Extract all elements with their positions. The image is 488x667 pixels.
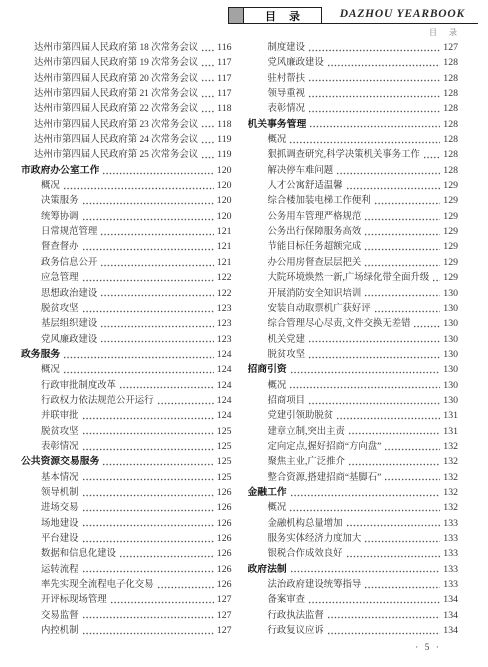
entry-page-number: 130 [443, 316, 458, 331]
entry-page-number: 131 [443, 424, 458, 439]
entry-page-number: 123 [217, 332, 232, 347]
toc-entry-row: 开评标现场管理127 [21, 592, 232, 607]
entry-page-number: 120 [217, 163, 232, 178]
dot-leader [201, 132, 214, 147]
entry-title: 平台建设 [21, 532, 79, 547]
dot-leader [289, 500, 440, 515]
entry-page-number: 128 [443, 163, 458, 178]
entry-title: 达州市第四届人民政府第 25 次常务会议 [21, 148, 198, 163]
entry-page-number: 126 [217, 577, 232, 592]
entry-title: 达州市第四届人民政府第 21 次常务会议 [21, 87, 198, 102]
entry-page-number: 127 [217, 623, 232, 638]
entry-page-number: 126 [217, 485, 232, 500]
entry-page-number: 132 [443, 439, 458, 454]
dot-leader [201, 71, 214, 86]
toc-entry-row: 达州市第四届人民政府第 25 次常务会议119 [21, 147, 232, 162]
dot-leader [384, 439, 440, 454]
entry-title: 督查督办 [21, 240, 79, 255]
toc-header-label: 目 录 [244, 8, 321, 23]
dot-leader [157, 577, 214, 592]
dot-leader [102, 163, 213, 178]
entry-page-number: 120 [217, 178, 232, 193]
toc-entry-row: 行政权力依法规范公开运行124 [21, 393, 232, 408]
entry-page-number: 133 [443, 546, 458, 561]
dot-leader [346, 546, 441, 561]
dot-leader [364, 577, 440, 592]
toc-entry-row: 进场交易126 [21, 500, 232, 515]
entry-title: 概况 [248, 501, 287, 516]
entry-title: 市政府办公室工作 [21, 163, 99, 178]
toc-entry-row: 办公用房督查层层把关129 [248, 255, 459, 270]
dot-leader [82, 424, 214, 439]
toc-entry-row: 思想政治建设122 [21, 286, 232, 301]
dot-leader [290, 485, 441, 500]
toc-section-row: 招商引资130 [248, 362, 459, 377]
entry-title: 脱贫攻坚 [248, 348, 306, 363]
dot-leader [82, 209, 214, 224]
entry-page-number: 129 [443, 270, 458, 285]
toc-section-row: 机关事务管理128 [248, 117, 459, 132]
entry-page-number: 116 [217, 40, 231, 55]
toc-entry-row: 脱贫攻坚130 [248, 347, 459, 362]
toc-entry-row: 党风廉政建设123 [21, 332, 232, 347]
dot-leader [63, 178, 214, 193]
entry-title: 聚焦主业,广泛推介 [248, 455, 345, 470]
header-gray-square [229, 8, 244, 23]
dot-leader [82, 623, 214, 638]
entry-page-number: 132 [443, 454, 458, 469]
toc-entry-row: 领导机制126 [21, 485, 232, 500]
dot-leader [290, 562, 441, 577]
entry-title: 领导机制 [21, 486, 79, 501]
entry-page-number: 126 [217, 516, 232, 531]
dot-leader [119, 546, 214, 561]
entry-page-number: 132 [443, 485, 458, 500]
toc-entry-row: 决策服务120 [21, 193, 232, 208]
entry-page-number: 129 [443, 255, 458, 270]
entry-page-number: 132 [443, 500, 458, 515]
toc-entry-row: 平台建设126 [21, 531, 232, 546]
toc-entry-row: 运转流程126 [21, 562, 232, 577]
entry-title: 行政执法监督 [248, 609, 324, 624]
entry-page-number: 129 [443, 209, 458, 224]
entry-title: 表彰情况 [248, 102, 306, 117]
dot-leader [82, 239, 214, 254]
entry-page-number: 117 [217, 55, 231, 70]
entry-title: 综合楼加装电梯工作便利 [248, 194, 371, 209]
dot-leader [289, 378, 440, 393]
entry-title: 招商项目 [248, 394, 306, 409]
dot-leader [309, 117, 440, 132]
entry-title: 政府法制 [248, 562, 287, 577]
toc-entry-row: 大院环境焕然一新,广场绿化带全面升级129 [248, 270, 459, 285]
dot-leader [100, 224, 214, 239]
toc-entry-row: 达州市第四届人民政府第 19 次常务会议117 [21, 55, 232, 70]
entry-title: 党风廉政建设 [21, 333, 97, 348]
entry-title: 行政复议应诉 [248, 624, 324, 639]
toc-entry-row: 银税合作成效良好133 [248, 546, 459, 561]
entry-page-number: 121 [217, 239, 232, 254]
toc-entry-row: 党风廉政建设128 [248, 55, 459, 70]
toc-entry-row: 率先实现全流程电子化交易126 [21, 577, 232, 592]
entry-page-number: 120 [217, 193, 232, 208]
toc-entry-row: 服务实体经济力度加大133 [248, 531, 459, 546]
dot-leader [82, 531, 214, 546]
entry-page-number: 121 [217, 255, 232, 270]
toc-entry-row: 日常规范管理121 [21, 224, 232, 239]
toc-entry-row: 公务用车管理严格规范129 [248, 209, 459, 224]
toc-entry-row: 基层组织建设123 [21, 316, 232, 331]
toc-entry-row: 应急管理122 [21, 270, 232, 285]
entry-page-number: 132 [443, 470, 458, 485]
dot-leader [308, 347, 440, 362]
dot-leader [308, 71, 440, 86]
toc-entry-row: 政务信息公开121 [21, 255, 232, 270]
dot-leader [201, 86, 214, 101]
entry-page-number: 124 [217, 378, 232, 393]
toc-entry-row: 法治政府建设统筹指导133 [248, 577, 459, 592]
toc-entry-row: 概况124 [21, 362, 232, 377]
entry-title: 政务服务 [21, 347, 60, 362]
entry-title: 开展消防安全知识培训 [248, 287, 362, 302]
toc-entry-row: 基本情况125 [21, 470, 232, 485]
entry-page-number: 129 [443, 178, 458, 193]
entry-title: 党风廉政建设 [248, 56, 324, 71]
entry-page-number: 127 [217, 592, 232, 607]
dot-leader [327, 623, 441, 638]
dot-leader [119, 378, 214, 393]
toc-entry-row: 交易监督127 [21, 608, 232, 623]
toc-entry-row: 概况120 [21, 178, 232, 193]
dot-leader [82, 516, 214, 531]
dot-leader [374, 301, 441, 316]
dot-leader [374, 193, 441, 208]
entry-title: 人才公寓舒适温馨 [248, 179, 343, 194]
dot-leader [201, 117, 214, 132]
toc-section-row: 金融工作132 [248, 485, 459, 500]
toc-entry-row: 行政复议应诉134 [248, 623, 459, 638]
toc-entry-row: 开展消防安全知识培训130 [248, 286, 459, 301]
dot-leader [100, 255, 214, 270]
toc-section-row: 公共资源交易服务125 [21, 454, 232, 469]
entry-title: 基层组织建设 [21, 317, 97, 332]
entry-page-number: 124 [217, 393, 232, 408]
dot-leader [201, 55, 214, 70]
dot-leader [290, 362, 441, 377]
dot-leader [100, 286, 214, 301]
entry-page-number: 119 [217, 147, 231, 162]
dot-leader [364, 209, 440, 224]
toc-entry-row: 备案审查134 [248, 592, 459, 607]
entry-title: 公共资源交易服务 [21, 454, 99, 469]
entry-title: 并联审批 [21, 409, 79, 424]
entry-page-number: 128 [443, 86, 458, 101]
entry-title: 概况 [248, 379, 287, 394]
toc-entry-row: 行政审批制度改革124 [21, 378, 232, 393]
entry-title: 行政审批制度改革 [21, 379, 116, 394]
entry-title: 场地建设 [21, 517, 79, 532]
toc-entry-row: 狠抓调查研究,科学决策机关事务工作128 [248, 147, 459, 162]
entry-page-number: 125 [217, 439, 232, 454]
entry-title: 驻村帮扶 [248, 72, 306, 87]
entry-page-number: 124 [217, 362, 232, 377]
entry-page-number: 126 [217, 500, 232, 515]
dot-leader [63, 362, 214, 377]
dot-leader [413, 316, 440, 331]
toc-entry-row: 达州市第四届人民政府第 21 次常务会议117 [21, 86, 232, 101]
dot-leader [327, 608, 441, 623]
toc-entry-row: 安装自动取票机广获好评130 [248, 301, 459, 316]
toc-entry-row: 行政执法监督134 [248, 608, 459, 623]
entry-title: 脱贫攻坚 [21, 425, 79, 440]
entry-page-number: 126 [217, 546, 232, 561]
toc-entry-row: 制度建设127 [248, 40, 459, 55]
toc-entry-row: 招商项目130 [248, 393, 459, 408]
toc-entry-row: 定向定点,握好招商“方向盘”132 [248, 439, 459, 454]
entry-title: 大院环境焕然一新,广场绿化带全面升级 [248, 271, 430, 286]
toc-entry-row: 节能目标任务超额完成129 [248, 239, 459, 254]
entry-page-number: 130 [443, 332, 458, 347]
toc-entry-row: 综合楼加装电梯工作便利129 [248, 193, 459, 208]
entry-title: 概况 [21, 179, 60, 194]
dot-leader [82, 500, 214, 515]
entry-title: 公务出行保障服务高效 [248, 225, 362, 240]
entry-page-number: 128 [443, 132, 458, 147]
entry-title: 机关党建 [248, 333, 306, 348]
toc-entry-row: 内控机制127 [21, 623, 232, 638]
entry-page-number: 124 [217, 408, 232, 423]
entry-page-number: 117 [217, 86, 231, 101]
toc-entry-row: 达州市第四届人民政府第 24 次常务会议119 [21, 132, 232, 147]
entry-title: 招商引资 [248, 362, 287, 377]
entry-title: 党建引领助脱贫 [248, 409, 334, 424]
entry-title: 内控机制 [21, 624, 79, 639]
dot-leader [201, 40, 214, 55]
dot-leader [364, 224, 440, 239]
entry-page-number: 123 [217, 301, 232, 316]
entry-title: 达州市第四届人民政府第 20 次常务会议 [21, 72, 198, 87]
entry-title: 日常规范管理 [21, 225, 97, 240]
dot-leader [201, 101, 214, 116]
entry-title: 达州市第四届人民政府第 24 次常务会议 [21, 133, 198, 148]
dot-leader [364, 255, 440, 270]
entry-title: 行政权力依法规范公开运行 [21, 394, 154, 409]
dot-leader [308, 40, 440, 55]
dot-leader [110, 592, 214, 607]
entry-title: 表彰情况 [21, 440, 79, 455]
entry-page-number: 131 [443, 408, 458, 423]
entry-title: 银税合作成效良好 [248, 547, 343, 562]
toc-entry-row: 机关党建130 [248, 332, 459, 347]
entry-title: 进场交易 [21, 501, 79, 516]
toc-entry-row: 建章立制,突出主责131 [248, 424, 459, 439]
entry-page-number: 122 [217, 286, 232, 301]
entry-page-number: 134 [443, 592, 458, 607]
toc-header-box: 目 录 [228, 7, 322, 24]
dot-leader [82, 470, 214, 485]
entry-title: 决策服务 [21, 194, 79, 209]
dot-leader [327, 55, 441, 70]
entry-title: 基本情况 [21, 471, 79, 486]
entry-title: 节能目标任务超额完成 [248, 240, 362, 255]
entry-title: 法治政府建设统筹指导 [248, 578, 362, 593]
dot-leader [346, 516, 441, 531]
toc-column-left: 达州市第四届人民政府第 18 次常务会议116达州市第四届人民政府第 19 次常… [21, 40, 232, 640]
toc-entry-row: 达州市第四届人民政府第 18 次常务会议116 [21, 40, 232, 55]
dot-leader [364, 531, 440, 546]
entry-page-number: 130 [443, 301, 458, 316]
dot-leader [432, 270, 440, 285]
toc-entry-row: 统筹协调120 [21, 209, 232, 224]
toc-entry-row: 数据和信息化建设126 [21, 546, 232, 561]
dot-leader [348, 454, 440, 469]
toc-entry-row: 达州市第四届人民政府第 22 次常务会议118 [21, 101, 232, 116]
entry-title: 金融机构总量增加 [248, 517, 343, 532]
toc-entry-row: 金融机构总量增加133 [248, 516, 459, 531]
entry-title: 达州市第四届人民政府第 19 次常务会议 [21, 56, 198, 71]
entry-page-number: 125 [217, 470, 232, 485]
entry-title: 服务实体经济力度加大 [248, 532, 362, 547]
dot-leader [82, 193, 214, 208]
entry-page-number: 128 [443, 55, 458, 70]
yearbook-title: DAZHOU YEARBOOK [340, 8, 465, 20]
entry-page-number: 121 [217, 224, 232, 239]
entry-page-number: 123 [217, 316, 232, 331]
entry-title: 公务用车管理严格规范 [248, 210, 362, 225]
entry-page-number: 127 [443, 40, 458, 55]
toc-entry-row: 整合资源,搭建招商“基脚石”132 [248, 470, 459, 485]
entry-page-number: 130 [443, 286, 458, 301]
toc-entry-row: 党建引领助脱贫131 [248, 408, 459, 423]
entry-page-number: 128 [443, 71, 458, 86]
entry-title: 狠抓调查研究,科学决策机关事务工作 [248, 148, 420, 163]
entry-title: 政务信息公开 [21, 256, 97, 271]
dot-leader [82, 301, 214, 316]
entry-page-number: 133 [443, 531, 458, 546]
entry-title: 制度建设 [248, 41, 306, 56]
dot-leader [82, 608, 214, 623]
entry-title: 思想政治建设 [21, 287, 97, 302]
dot-leader [308, 101, 440, 116]
running-header: 目 录 [424, 27, 462, 38]
entry-page-number: 133 [443, 562, 458, 577]
entry-page-number: 127 [217, 608, 232, 623]
toc-entry-row: 表彰情况128 [248, 101, 459, 116]
entry-page-number: 119 [217, 132, 231, 147]
entry-title: 交易监督 [21, 609, 79, 624]
toc-entry-row: 表彰情况125 [21, 439, 232, 454]
toc-body: 达州市第四届人民政府第 18 次常务会议116达州市第四届人民政府第 19 次常… [21, 40, 458, 640]
toc-entry-row: 领导重视128 [248, 86, 459, 101]
entry-title: 定向定点,握好招商“方向盘” [248, 440, 382, 455]
dot-leader [82, 562, 214, 577]
dot-leader [308, 332, 440, 347]
dot-leader [364, 239, 440, 254]
entry-title: 脱贫攻坚 [21, 302, 79, 317]
entry-page-number: 133 [443, 577, 458, 592]
toc-entry-row: 人才公寓舒适温馨129 [248, 178, 459, 193]
entry-page-number: 117 [217, 71, 231, 86]
entry-page-number: 125 [217, 424, 232, 439]
dot-leader [336, 163, 440, 178]
dot-leader [82, 439, 214, 454]
entry-title: 概况 [248, 133, 287, 148]
entry-title: 安装自动取票机广获好评 [248, 302, 371, 317]
entry-title: 领导重视 [248, 87, 306, 102]
toc-entry-row: 概况130 [248, 378, 459, 393]
entry-title: 建章立制,突出主责 [248, 425, 345, 440]
entry-title: 金融工作 [248, 485, 287, 500]
toc-entry-row: 脱贫攻坚123 [21, 301, 232, 316]
dot-leader [82, 270, 214, 285]
entry-title: 办公用房督查层层把关 [248, 256, 362, 271]
entry-page-number: 129 [443, 193, 458, 208]
entry-title: 概况 [21, 363, 60, 378]
entry-page-number: 129 [443, 224, 458, 239]
dot-leader [336, 408, 440, 423]
entry-title: 运转流程 [21, 563, 79, 578]
dot-leader [348, 424, 440, 439]
dot-leader [308, 592, 440, 607]
dot-leader [102, 454, 213, 469]
entry-title: 数据和信息化建设 [21, 547, 116, 562]
dot-leader [82, 408, 214, 423]
entry-title: 应急管理 [21, 271, 79, 286]
toc-section-row: 市政府办公室工作120 [21, 163, 232, 178]
dot-leader [100, 332, 214, 347]
dot-leader [100, 316, 214, 331]
entry-page-number: 126 [217, 562, 232, 577]
toc-entry-row: 综合管理尽心尽责,文件交换无差错130 [248, 316, 459, 331]
entry-page-number: 118 [217, 101, 231, 116]
entry-page-number: 133 [443, 516, 458, 531]
dot-leader [364, 286, 440, 301]
entry-title: 统筹协调 [21, 210, 79, 225]
toc-entry-row: 并联审批124 [21, 408, 232, 423]
entry-page-number: 134 [443, 608, 458, 623]
entry-page-number: 122 [217, 270, 232, 285]
dot-leader [201, 147, 214, 162]
dot-leader [308, 86, 440, 101]
entry-page-number: 125 [217, 454, 232, 469]
entry-title: 整合资源,搭建招商“基脚石” [248, 471, 382, 486]
entry-title: 达州市第四届人民政府第 23 次常务会议 [21, 118, 198, 133]
entry-page-number: 128 [443, 101, 458, 116]
toc-section-row: 政府法制133 [248, 562, 459, 577]
entry-page-number: 130 [443, 362, 458, 377]
entry-title: 开评标现场管理 [21, 593, 107, 608]
entry-page-number: 134 [443, 623, 458, 638]
entry-title: 率先实现全流程电子化交易 [21, 578, 154, 593]
dot-leader [308, 393, 440, 408]
toc-column-right: 制度建设127党风廉政建设128驻村帮扶128领导重视128表彰情况128机关事… [248, 40, 459, 640]
dot-leader [384, 470, 440, 485]
dot-leader [423, 147, 440, 162]
entry-title: 备案审查 [248, 593, 306, 608]
toc-entry-row: 驻村帮扶128 [248, 71, 459, 86]
entry-title: 机关事务管理 [248, 117, 307, 132]
toc-entry-row: 概况132 [248, 500, 459, 515]
toc-entry-row: 公务出行保障服务高效129 [248, 224, 459, 239]
toc-section-row: 政务服务124 [21, 347, 232, 362]
entry-title: 解决停车难问题 [248, 164, 334, 179]
toc-entry-row: 达州市第四届人民政府第 23 次常务会议118 [21, 117, 232, 132]
dot-leader [289, 132, 440, 147]
toc-entry-row: 概况128 [248, 132, 459, 147]
toc-entry-row: 督查督办121 [21, 239, 232, 254]
toc-entry-row: 脱贫攻坚125 [21, 424, 232, 439]
toc-entry-row: 聚焦主业,广泛推介132 [248, 454, 459, 469]
